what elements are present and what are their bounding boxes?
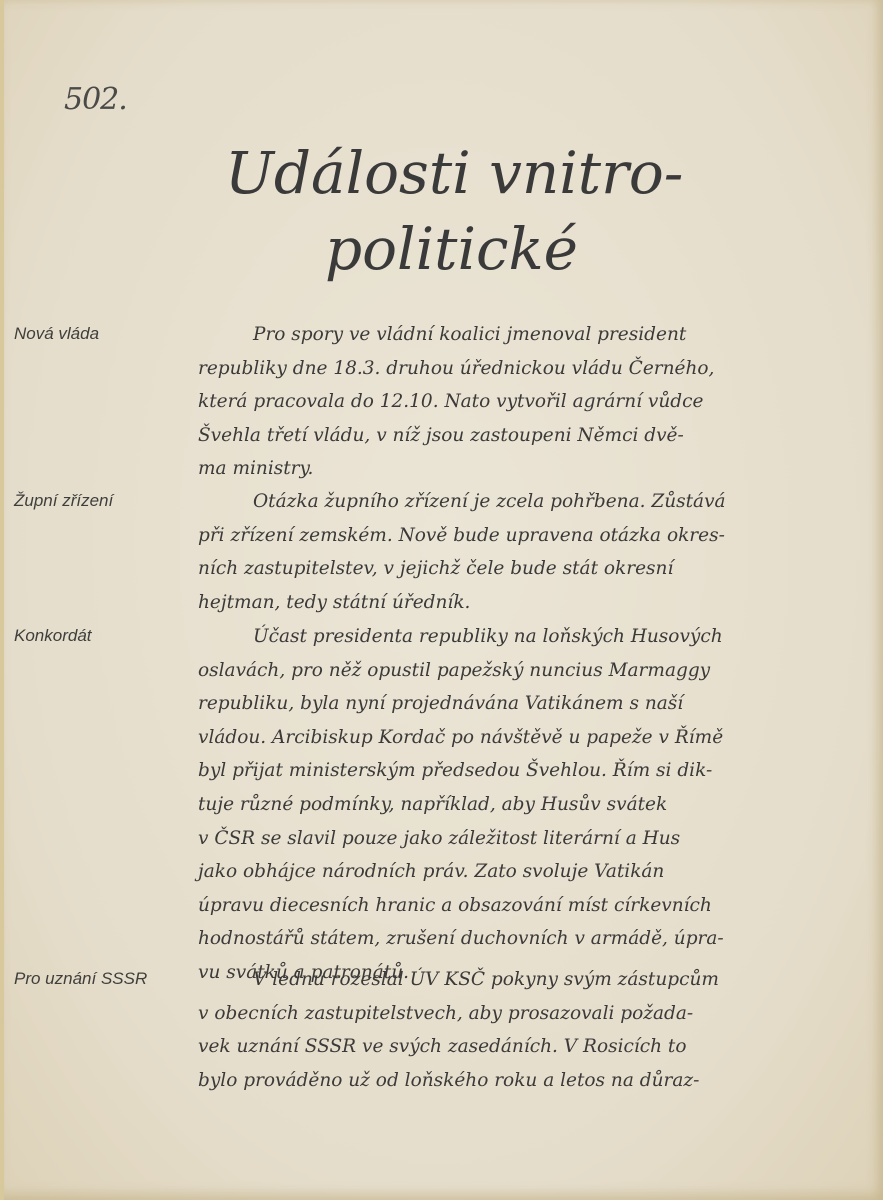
text-line: ních zastupitelstev, v jejichž čele bude… <box>198 552 863 586</box>
title-line-1: Události vnitro- <box>225 135 745 211</box>
text-line: tuje různé podmínky, například, aby Husů… <box>198 788 863 822</box>
text-line: oslavách, pro něž opustil papežský nunci… <box>198 654 863 688</box>
text-line: hodnostářů státem, zrušení duchovních v … <box>198 922 863 956</box>
text-line: ma ministry. <box>198 452 863 486</box>
text-line: Otázka župního zřízení je zcela pohřbena… <box>198 485 863 519</box>
text-line: vládou. Arcibiskup Kordač po návštěvě u … <box>198 721 863 755</box>
section-body: Pro spory ve vládní koalici jmenoval pre… <box>198 318 863 486</box>
section-body: V lednu rozeslal ÚV KSČ pokyny svým zást… <box>198 963 863 1097</box>
section-body: Otázka župního zřízení je zcela pohřbena… <box>198 485 863 619</box>
page-number: 502. <box>64 82 127 117</box>
text-line: republiku, byla nyní projednávána Vatiká… <box>198 687 863 721</box>
text-line: bylo prováděno už od loňského roku a let… <box>198 1064 863 1098</box>
text-line: jako obhájce národních práv. Zato svoluj… <box>198 855 863 889</box>
margin-label: Nová vláda <box>14 324 99 344</box>
text-line: při zřízení zemském. Nově bude upravena … <box>198 519 863 553</box>
text-line: úpravu diecesních hranic a obsazování mí… <box>198 889 863 923</box>
text-line: republiky dne 18.3. druhou úřednickou vl… <box>198 352 863 386</box>
margin-label: Župní zřízení <box>14 491 113 511</box>
text-line: Účast presidenta republiky na loňských H… <box>198 620 863 654</box>
text-line: hejtman, tedy státní úředník. <box>198 586 863 620</box>
text-line: vek uznání SSSR ve svých zasedáních. V R… <box>198 1030 863 1064</box>
text-line: která pracovala do 12.10. Nato vytvořil … <box>198 385 863 419</box>
page-title: Události vnitro- politické <box>225 135 745 287</box>
manuscript-page: 502. Události vnitro- politické Nová vlá… <box>0 0 883 1200</box>
text-line: Švehla třetí vládu, v níž jsou zastoupen… <box>198 419 863 453</box>
text-line: byl přijat ministerským předsedou Švehlo… <box>198 754 863 788</box>
margin-label: Pro uznání SSSR <box>14 969 147 989</box>
title-line-2: politické <box>225 211 745 287</box>
margin-label: Konkordát <box>14 626 92 646</box>
text-line: V lednu rozeslal ÚV KSČ pokyny svým zást… <box>198 963 863 997</box>
section-body: Účast presidenta republiky na loňských H… <box>198 620 863 990</box>
text-line: Pro spory ve vládní koalici jmenoval pre… <box>198 318 863 352</box>
text-line: v ČSR se slavil pouze jako záležitost li… <box>198 822 863 856</box>
text-line: v obecních zastupitelstvech, aby prosazo… <box>198 997 863 1031</box>
